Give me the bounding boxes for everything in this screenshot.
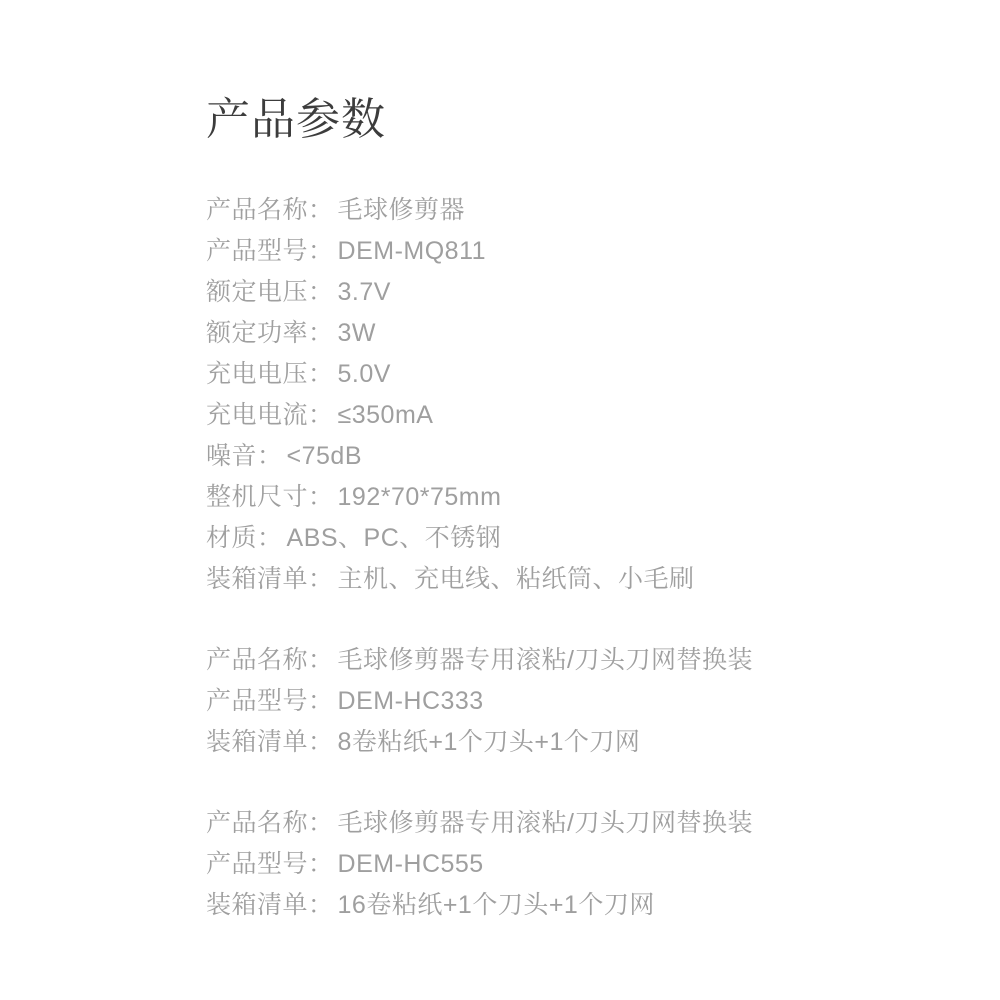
spec-value: ≤350mA bbox=[338, 395, 434, 436]
spec-label: 整机尺寸： bbox=[206, 477, 334, 518]
spec-value: DEM-MQ811 bbox=[338, 231, 487, 272]
spec-label: 产品名称： bbox=[206, 803, 334, 844]
spec-row-product-model: 产品型号： DEM-MQ811 bbox=[206, 231, 920, 272]
spec-row-product-model: 产品型号： DEM-HC333 bbox=[206, 681, 920, 722]
spec-value: 3.7V bbox=[338, 272, 391, 313]
spec-label: 产品型号： bbox=[206, 844, 334, 885]
spec-row-product-name: 产品名称： 毛球修剪器专用滚粘/刀头刀网替换装 bbox=[206, 803, 920, 844]
spec-label: 装箱清单： bbox=[206, 559, 334, 600]
spec-label: 产品型号： bbox=[206, 231, 334, 272]
spec-value: <75dB bbox=[287, 436, 363, 477]
spec-row-dimensions: 整机尺寸： 192*70*75mm bbox=[206, 477, 920, 518]
spec-row-charging-voltage: 充电电压： 5.0V bbox=[206, 354, 920, 395]
spec-label: 装箱清单： bbox=[206, 885, 334, 926]
spec-value: ABS、PC、不锈钢 bbox=[287, 518, 502, 559]
spec-label: 噪音： bbox=[206, 436, 283, 477]
spec-value: 主机、充电线、粘纸筒、小毛刷 bbox=[338, 559, 695, 600]
spec-section-accessory-hc555: 产品名称： 毛球修剪器专用滚粘/刀头刀网替换装 产品型号： DEM-HC555 … bbox=[206, 803, 920, 926]
spec-value: 毛球修剪器专用滚粘/刀头刀网替换装 bbox=[338, 640, 753, 681]
spec-row-product-name: 产品名称： 毛球修剪器 bbox=[206, 190, 920, 231]
spec-row-rated-power: 额定功率： 3W bbox=[206, 313, 920, 354]
spec-row-rated-voltage: 额定电压： 3.7V bbox=[206, 272, 920, 313]
spec-row-packing-list: 装箱清单： 16卷粘纸+1个刀头+1个刀网 bbox=[206, 885, 920, 926]
spec-row-product-name: 产品名称： 毛球修剪器专用滚粘/刀头刀网替换装 bbox=[206, 640, 920, 681]
spec-value: DEM-HC555 bbox=[338, 844, 484, 885]
spec-value: 192*70*75mm bbox=[338, 477, 502, 518]
spec-row-product-model: 产品型号： DEM-HC555 bbox=[206, 844, 920, 885]
spec-value: 8卷粘纸+1个刀头+1个刀网 bbox=[338, 722, 641, 763]
spec-value: 3W bbox=[338, 313, 377, 354]
page-title: 产品参数 bbox=[206, 96, 920, 144]
spec-row-noise: 噪音： <75dB bbox=[206, 436, 920, 477]
spec-label: 产品名称： bbox=[206, 640, 334, 681]
product-parameters-page: 产品参数 产品名称： 毛球修剪器 产品型号： DEM-MQ811 额定电压： 3… bbox=[0, 0, 1000, 1000]
spec-value: 毛球修剪器 bbox=[338, 190, 466, 231]
spec-label: 产品型号： bbox=[206, 681, 334, 722]
spec-label: 材质： bbox=[206, 518, 283, 559]
spec-row-charging-current: 充电电流： ≤350mA bbox=[206, 395, 920, 436]
spec-row-packing-list: 装箱清单： 主机、充电线、粘纸筒、小毛刷 bbox=[206, 559, 920, 600]
spec-row-packing-list: 装箱清单： 8卷粘纸+1个刀头+1个刀网 bbox=[206, 722, 920, 763]
spec-row-material: 材质： ABS、PC、不锈钢 bbox=[206, 518, 920, 559]
spec-value: 5.0V bbox=[338, 354, 391, 395]
spec-value: DEM-HC333 bbox=[338, 681, 484, 722]
spec-label: 充电电压： bbox=[206, 354, 334, 395]
spec-label: 额定电压： bbox=[206, 272, 334, 313]
spec-label: 产品名称： bbox=[206, 190, 334, 231]
spec-value: 毛球修剪器专用滚粘/刀头刀网替换装 bbox=[338, 803, 753, 844]
spec-label: 额定功率： bbox=[206, 313, 334, 354]
spec-section-main-product: 产品名称： 毛球修剪器 产品型号： DEM-MQ811 额定电压： 3.7V 额… bbox=[206, 190, 920, 600]
spec-value: 16卷粘纸+1个刀头+1个刀网 bbox=[338, 885, 655, 926]
spec-label: 充电电流： bbox=[206, 395, 334, 436]
spec-section-accessory-hc333: 产品名称： 毛球修剪器专用滚粘/刀头刀网替换装 产品型号： DEM-HC333 … bbox=[206, 640, 920, 763]
spec-label: 装箱清单： bbox=[206, 722, 334, 763]
